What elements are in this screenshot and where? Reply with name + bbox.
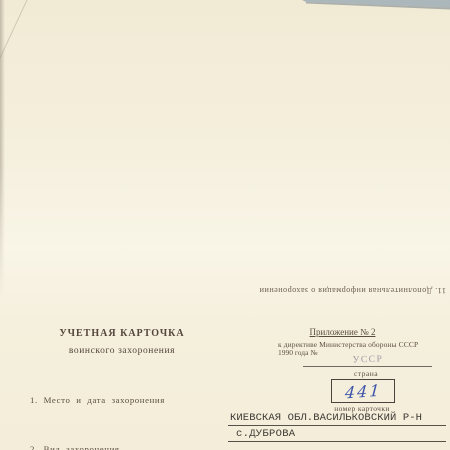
card-number-box: 441	[331, 379, 395, 403]
location-village-underline	[228, 441, 446, 442]
paper-left-edge-shadow	[0, 0, 5, 300]
rotated-back-caption: 11. Дополнительная информация о захороне…	[236, 283, 446, 295]
location-region-underline	[228, 425, 446, 426]
field-place-and-date-label: 1. Место и дата захоронения	[30, 395, 165, 405]
field-burial-type-label: 2. Вид захоронения	[30, 444, 120, 450]
card-title: УЧЕТНАЯ КАРТОЧКА	[58, 328, 186, 339]
location-region-typed: КИЕВСКАЯ ОБЛ.ВАСИЛЬКОВСКИЙ Р-Н	[230, 412, 422, 424]
paper-top-edge-line	[306, 2, 450, 10]
scanned-card: { "colors": { "paper": "#f4eedb", "paper…	[0, 0, 450, 450]
annex-heading: Приложение № 2	[280, 327, 405, 337]
scanner-background-wedge	[302, 0, 450, 8]
country-label: страна	[336, 369, 396, 378]
card-subtitle: воинского захоронения	[53, 346, 191, 356]
annex-year-line: 1990 года №	[278, 348, 317, 357]
location-village-typed: с.ДУБРОВА	[236, 428, 295, 440]
card-number-handwritten: 441	[344, 380, 382, 402]
country-underline	[303, 366, 432, 367]
country-stamp: УССР	[338, 354, 398, 366]
